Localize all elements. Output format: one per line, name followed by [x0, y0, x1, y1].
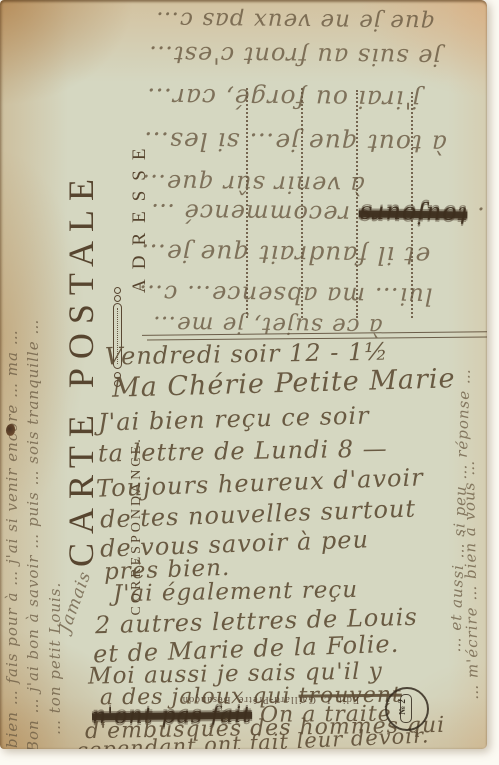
- margin-note-left-inner: Bon … j'ai bon à savoir … puis … sois tr…: [24, 319, 42, 749]
- flipped-handwritten-line: à ce sujet, je me…: [152, 311, 383, 339]
- handwritten-line: J'ai également reçu: [113, 577, 358, 607]
- handwritten-fragment: recommencé …: [150, 198, 359, 228]
- flipped-handwritten-line: et il faudrait que je…: [140, 238, 431, 270]
- scribbled-word: toujours: [359, 200, 468, 229]
- flipped-handwritten-line: à venir sûr que…: [141, 169, 365, 199]
- flipped-handwritten-line: à tout que je… si les…: [143, 126, 447, 158]
- printers-mark-number: № 2: [397, 699, 407, 715]
- margin-note-right-inner: … m'écrire … bien à vous …: [460, 460, 482, 700]
- divider-circle: [114, 287, 121, 294]
- handwritten-line: J'ai bien reçu ce soir: [98, 401, 370, 436]
- flipped-handwritten-line: j'irai ou forgé, car…: [146, 83, 421, 115]
- carte-postale-title: CARTE POSTALE: [60, 170, 102, 567]
- divider-circle: [114, 295, 121, 302]
- flipped-handwritten-line: je suis au front c'est…: [148, 40, 441, 71]
- flipped-handwritten-line: que je ne veux pas c…: [155, 7, 436, 36]
- ink-blot: [6, 424, 15, 436]
- flipped-handwritten-line: lui… ma absence… c…: [138, 279, 433, 310]
- publisher-credit: Edit. L. Gaillard-Prêtre, Besançon: [148, 694, 393, 705]
- printers-mark: № 2: [385, 687, 429, 731]
- margin-note-left-outer: bien … fais pour à … j'ai si venir encor…: [3, 329, 21, 748]
- adresse-label: ADRESSE: [129, 139, 151, 293]
- flipped-handwritten-line: … toujours recommencé …: [150, 198, 487, 230]
- handwritten-fragment: …: [467, 201, 487, 229]
- postcard: CARTE POSTALE ADRESSE .CORRESPONDANCE. V…: [0, 0, 487, 749]
- postcard-scan: CARTE POSTALE ADRESSE .CORRESPONDANCE. V…: [0, 0, 499, 765]
- margin-note-left-lower: … ton petit Louis.: [46, 582, 64, 735]
- handwritten-line: ta lettre de Lundi 8 —: [98, 434, 388, 467]
